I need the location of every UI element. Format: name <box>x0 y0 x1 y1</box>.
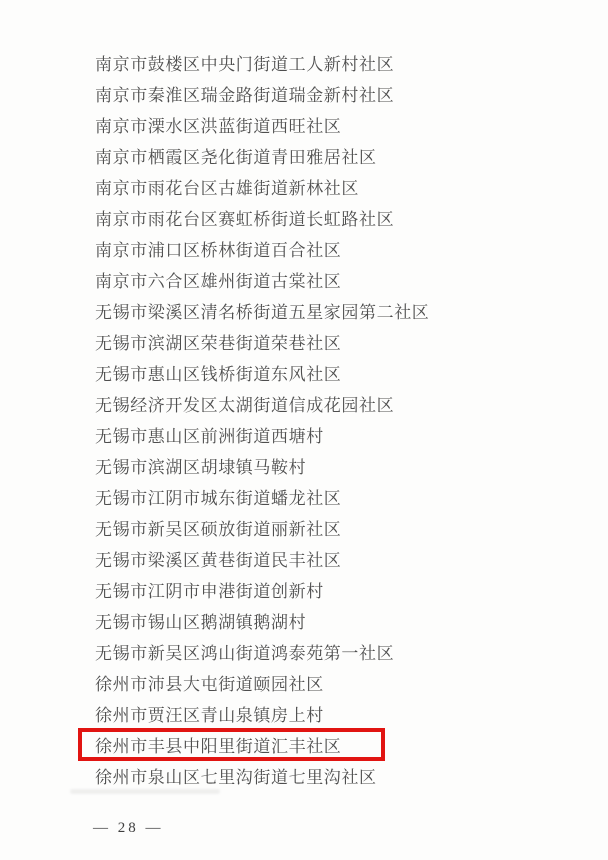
list-item: 徐州市泉山区七里沟街道七里沟社区 <box>95 760 429 791</box>
list-item: 无锡市滨湖区荣巷街道荣巷社区 <box>95 326 429 357</box>
list-item: 无锡市江阴市申港街道创新村 <box>95 574 429 605</box>
list-item-highlighted: 徐州市丰县中阳里街道汇丰社区 <box>95 729 429 760</box>
scan-artifact <box>70 789 220 794</box>
list-item: 南京市雨花台区古雄街道新林社区 <box>95 171 429 202</box>
list-item: 无锡市惠山区前洲街道西塘村 <box>95 419 429 450</box>
document-page: 南京市鼓楼区中央门街道工人新村社区南京市秦淮区瑞金路街道瑞金新村社区南京市溧水区… <box>0 0 608 860</box>
list-item: 南京市栖霞区尧化街道青田雅居社区 <box>95 140 429 171</box>
list-item: 南京市秦淮区瑞金路街道瑞金新村社区 <box>95 78 429 109</box>
list-item: 南京市浦口区桥林街道百合社区 <box>95 233 429 264</box>
list-item: 徐州市贾汪区青山泉镇房上村 <box>95 698 429 729</box>
list-item: 无锡市锡山区鹅湖镇鹅湖村 <box>95 605 429 636</box>
list-item: 南京市溧水区洪蓝街道西旺社区 <box>95 109 429 140</box>
list-item: 无锡市梁溪区黄巷街道民丰社区 <box>95 543 429 574</box>
list-item: 无锡市惠山区钱桥街道东风社区 <box>95 357 429 388</box>
list-item: 无锡市梁溪区清名桥街道五星家园第二社区 <box>95 295 429 326</box>
list-item: 无锡市新吴区硕放街道丽新社区 <box>95 512 429 543</box>
page-number: — 28 — <box>93 820 164 837</box>
list-item: 无锡市新吴区鸿山街道鸿泰苑第一社区 <box>95 636 429 667</box>
list-item: 徐州市沛县大屯街道颐园社区 <box>95 667 429 698</box>
list-item: 南京市鼓楼区中央门街道工人新村社区 <box>95 47 429 78</box>
list-item: 无锡经济开发区太湖街道信成花园社区 <box>95 388 429 419</box>
list-item: 南京市雨花台区赛虹桥街道长虹路社区 <box>95 202 429 233</box>
list-item: 无锡市滨湖区胡埭镇马鞍村 <box>95 450 429 481</box>
list-item: 南京市六合区雄州街道古棠社区 <box>95 264 429 295</box>
list-item: 无锡市江阴市城东街道蟠龙社区 <box>95 481 429 512</box>
community-list: 南京市鼓楼区中央门街道工人新村社区南京市秦淮区瑞金路街道瑞金新村社区南京市溧水区… <box>95 47 429 791</box>
